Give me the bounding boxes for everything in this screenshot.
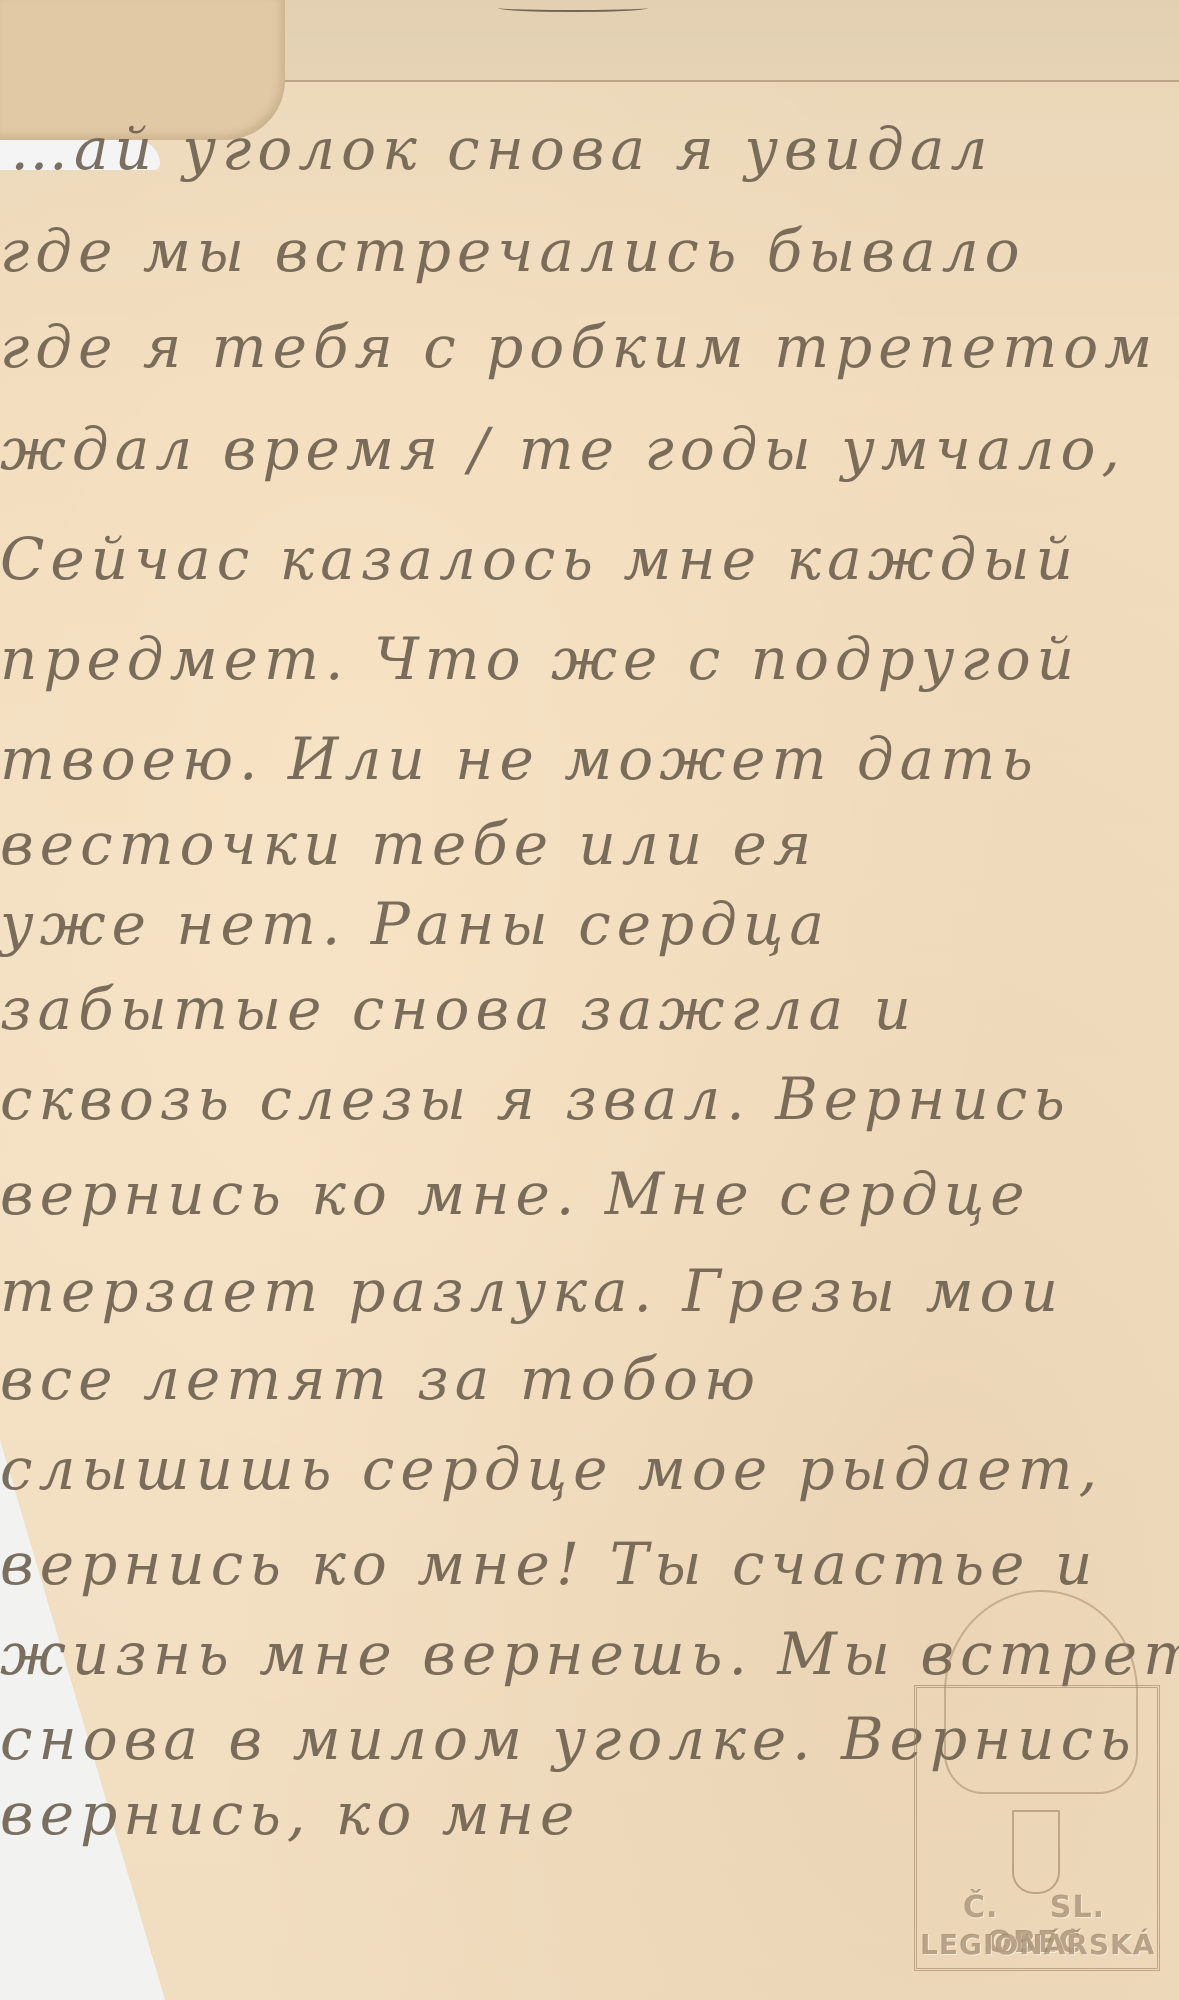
text-line: вернись, ко мне xyxy=(0,1785,580,1843)
text-line: предмет. Что же с подругой xyxy=(0,630,1080,688)
text-line: весточки тебе или ея xyxy=(0,815,817,873)
text-line: вернись ко мне! Ты счастье и xyxy=(0,1535,1098,1593)
text-line: уже нет. Раны сердца xyxy=(0,895,830,953)
text-line: забытые снова зажгла и xyxy=(0,980,917,1038)
text-line: где мы встречались бывало xyxy=(0,222,1026,280)
text-line: сквозь слезы я звал. Вернись xyxy=(0,1070,1071,1128)
text-line: где я тебя с робким трепетом xyxy=(0,318,1158,376)
text-line: терзает разлука. Грезы мои xyxy=(0,1262,1064,1320)
coat-of-arms-icon xyxy=(1012,1810,1060,1894)
embossed-stamp: Č. SL. OBEC LEGIONÁŘSKÁ xyxy=(914,1590,1154,1970)
text-line: слышишь сердце мое рыдает, xyxy=(0,1440,1103,1498)
folded-top-edge xyxy=(280,0,1179,82)
text-line: Сейчас казалось мне каждый xyxy=(0,530,1079,588)
text-line: ждал время / те годы умчало, xyxy=(0,420,1126,478)
text-line: вернись ко мне. Мне сердце xyxy=(0,1165,1031,1223)
ink-stroke xyxy=(498,4,648,12)
stamp-text-line2: LEGIONÁŘSKÁ xyxy=(920,1928,1148,1961)
text-line: твоею. Или не может дать xyxy=(0,730,1039,788)
text-line: …ай уголок снова я увидал xyxy=(10,120,993,178)
text-line: все летят за тобою xyxy=(0,1350,761,1408)
